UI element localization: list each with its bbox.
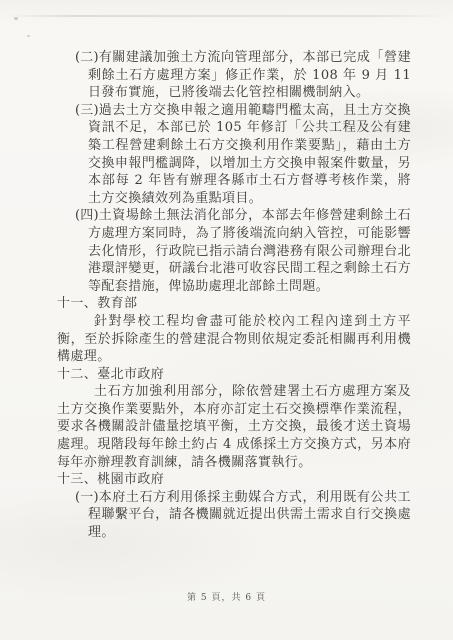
clause-item-4: (四)土資場餘土無法消化部分，本部去年修營建剩餘土石方處理方案同時，為了將後端流… [57, 207, 411, 295]
clause-text: 土資場餘土無法消化部分，本部去年修營建剩餘土石方處理方案同時，為了將後端流向納入… [88, 208, 411, 293]
section-body-12: 土石方加強利用部分，除依營建署土石方處理方案及土方交換作業要點外，本府亦訂定土石… [57, 383, 411, 471]
clause-marker: (三) [75, 103, 99, 118]
section-header-11-ministry-of-education: 十一、教育部 [57, 295, 411, 313]
clause-marker: (二) [75, 50, 99, 65]
section-header-13-taoyuan-city-government: 十三、桃園市政府 [57, 471, 411, 489]
scan-speck [27, 35, 30, 37]
clause-marker: (四) [75, 208, 99, 223]
scan-speck [14, 17, 18, 20]
section-body-11: 針對學校工程均會盡可能於校內工程內達到土方平衡，至於拆除產生的營建混合物則依規定… [57, 313, 411, 366]
page-number-footer: 第 5 頁，共 6 頁 [0, 590, 453, 603]
clause-item-3: (三)過去土方交換申報之適用範疇門檻太高，且土方交換資訊不足，本部已於 105 … [57, 102, 411, 208]
clause-item-13-1: (一)本府土石方利用係採主動媒合方式，利用既有公共工程聯繫平台，請各機關就近提出… [57, 489, 411, 542]
scan-artifact-top-edge [6, 15, 447, 17]
clause-item-2: (二)有關建議加強土方流向管理部分，本部已完成「營建剩餘土石方處理方案」修正作業… [57, 49, 411, 102]
scanned-page: (二)有關建議加強土方流向管理部分，本部已完成「營建剩餘土石方處理方案」修正作業… [0, 0, 453, 640]
clause-text: 過去土方交換申報之適用範疇門檻太高，且土方交換資訊不足，本部已於 105 年修訂… [88, 103, 411, 206]
clause-text: 有關建議加強土方流向管理部分，本部已完成「營建剩餘土石方處理方案」修正作業，於 … [88, 50, 411, 100]
clause-text: 本府土石方利用係採主動媒合方式，利用既有公共工程聯繫平台，請各機關就近提出供需土… [88, 490, 411, 540]
document-body: (二)有關建議加強土方流向管理部分，本部已完成「營建剩餘土石方處理方案」修正作業… [57, 49, 411, 542]
section-header-12-taipei-city-government: 十二、臺北市政府 [57, 366, 411, 384]
clause-marker: (一) [75, 490, 99, 505]
